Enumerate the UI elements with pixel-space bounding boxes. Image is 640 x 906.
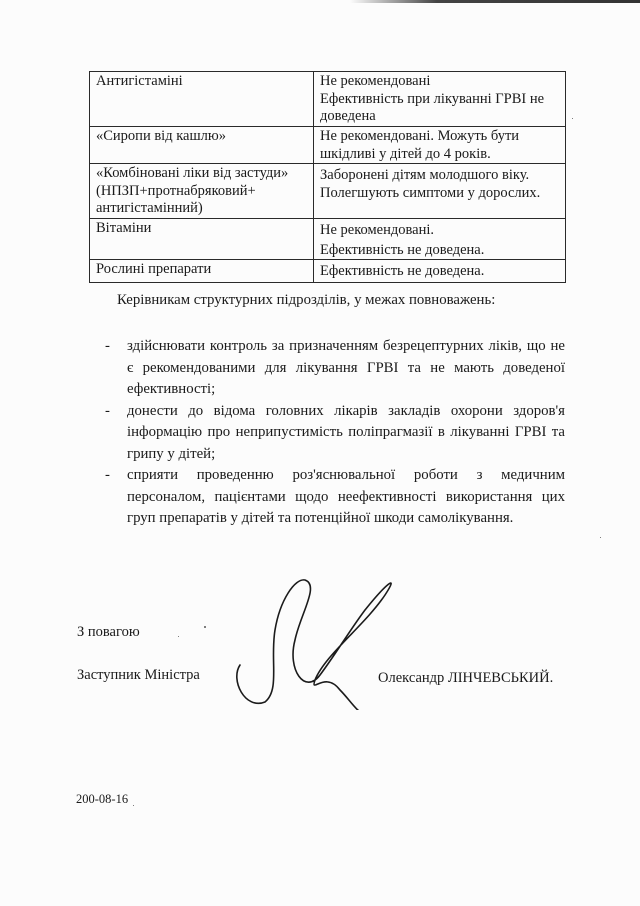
recommendation-cell: Не рекомендовані. Ефективність не доведе… [314, 219, 566, 260]
task-item: - здійснювати контроль за призначенням б… [105, 336, 565, 401]
drug-group-cell: Рослині препарати [90, 260, 314, 283]
scan-speck [178, 636, 179, 637]
dash-bullet-icon: - [105, 401, 110, 423]
signature-icon [225, 570, 425, 710]
table-row: Рослині препарати Ефективність не доведе… [90, 260, 566, 283]
scan-speck [600, 537, 601, 538]
table-row: Антигістаміні Не рекомендовані Ефективні… [90, 72, 566, 127]
task-list: - здійснювати контроль за призначенням б… [105, 336, 565, 530]
task-text: донести до відома головних лікарів закла… [127, 403, 565, 462]
dash-bullet-icon: - [105, 465, 110, 487]
signer-name: Олександр ЛІНЧЕВСЬКИЙ. [378, 670, 553, 687]
drug-group-cell: «Комбіновані ліки від застуди» (НПЗП+про… [90, 164, 314, 219]
scan-speck [204, 626, 206, 628]
signer-position: Заступник Міністра [77, 667, 200, 684]
task-text: сприяти проведенню роз'яснювальної робот… [127, 467, 565, 526]
document-date: 200-08-16 [76, 792, 128, 807]
recommendation-cell: Не рекомендовані. Можуть бути шкідливі у… [314, 127, 566, 164]
drug-group-cell: Антигістаміні [90, 72, 314, 127]
drug-group-cell: Вітаміни [90, 219, 314, 260]
table-row: «Комбіновані ліки від застуди» (НПЗП+про… [90, 164, 566, 219]
task-item: - сприяти проведенню роз'яснювальної роб… [105, 465, 565, 530]
task-text: здійснювати контроль за призначенням без… [127, 338, 565, 397]
table-row: Вітаміни Не рекомендовані. Ефективність … [90, 219, 566, 260]
table-row: «Сиропи від кашлю» Не рекомендовані. Мож… [90, 127, 566, 164]
dash-bullet-icon: - [105, 336, 110, 358]
drug-group-cell: «Сиропи від кашлю» [90, 127, 314, 164]
recommendation-cell: Не рекомендовані Ефективність при лікува… [314, 72, 566, 127]
scan-speck [572, 118, 573, 119]
scan-speck [133, 805, 134, 806]
scan-edge-line [350, 0, 640, 3]
recommendation-cell: Ефективність не доведена. [314, 260, 566, 283]
recommendation-cell: Заборонені дітям молодшого віку. Полегшу… [314, 164, 566, 219]
drug-recommendation-table: Антигістаміні Не рекомендовані Ефективні… [89, 71, 566, 283]
task-item: - донести до відома головних лікарів зак… [105, 401, 565, 466]
closing-regards: З повагою [77, 624, 140, 641]
instructions-intro: Керівникам структурних підрозділів, у ме… [117, 292, 495, 309]
